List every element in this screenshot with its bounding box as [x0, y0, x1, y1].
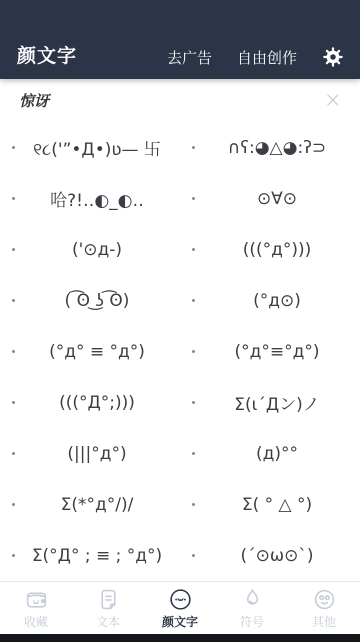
kaomoji-item[interactable]: (°д°≡°д°) — [180, 326, 360, 377]
home-indicator-strip — [0, 634, 360, 642]
free-create-button[interactable]: 自由创作 — [237, 47, 297, 68]
kaomoji-text: Σ(*°д°/)/ — [61, 495, 134, 515]
category-bar: 惊讶 × — [0, 79, 360, 122]
kaomoji-text: Σ(°Д° ; ≡ ; °д°) — [32, 546, 162, 566]
kaomoji-row: (°д° ≡ °д°) (°д°≡°д°) — [0, 326, 360, 377]
kaomoji-item[interactable]: ∩ʕ:◕△◕:ʔ⊃ — [180, 122, 360, 173]
kaomoji-item[interactable]: Σ(°Д° ; ≡ ; °д°) — [0, 530, 180, 581]
purse-icon — [24, 587, 49, 612]
kaomoji-row: (((°Д°;))) Σ(ι´Дン)ノ — [0, 377, 360, 428]
bullet-icon — [12, 350, 15, 353]
kaomoji-item[interactable]: ('⊙д-) — [0, 224, 180, 275]
bullet-icon — [192, 248, 195, 251]
kaomoji-item[interactable]: (°д° ≡ °д°) — [0, 326, 180, 377]
bullet-icon — [192, 554, 195, 557]
kaomoji-item[interactable]: (|||°д°) — [0, 428, 180, 479]
bullet-icon — [192, 350, 195, 353]
kaomoji-row: ୧૮('”•Д•)ʋ— 卐 ∩ʕ:◕△◕:ʔ⊃ — [0, 122, 360, 173]
kaomoji-row: ( ͡ʘ ͜ʖ ͡ʘ) (°д⊙) — [0, 275, 360, 326]
bullet-icon — [12, 146, 15, 149]
kaomoji-item[interactable]: (´⊙ω⊙`) — [180, 530, 360, 581]
category-title: 惊讶 — [19, 90, 324, 111]
remove-ads-button[interactable]: 去广告 — [167, 47, 212, 68]
flame-icon — [240, 587, 265, 612]
bullet-icon — [12, 452, 15, 455]
kaomoji-text: Σ(ι´Дン)ノ — [234, 390, 320, 415]
gear-icon[interactable] — [322, 46, 344, 68]
kaomoji-text: Σ( ° △ °) — [242, 495, 312, 515]
tab-text[interactable]: 文本 — [72, 582, 144, 634]
kaomoji-row: ('⊙д-) (((°д°))) — [0, 224, 360, 275]
bullet-icon — [192, 503, 195, 506]
kaomoji-item[interactable]: Σ(ι´Дン)ノ — [180, 377, 360, 428]
smiley-icon — [312, 587, 337, 612]
kaomoji-row: 哈?!‥◐_◐‥ ⊙∀⊙ — [0, 173, 360, 224]
bullet-icon — [12, 248, 15, 251]
bullet-icon — [192, 146, 195, 149]
bullet-icon — [192, 452, 195, 455]
kaomoji-item[interactable]: 哈?!‥◐_◐‥ — [0, 173, 180, 224]
kaomoji-item[interactable]: ⊙∀⊙ — [180, 173, 360, 224]
kaomoji-text: (((°Д°;))) — [59, 393, 135, 413]
bullet-icon — [192, 299, 195, 302]
close-icon[interactable]: × — [324, 90, 342, 112]
tab-symbols[interactable]: 符号 — [216, 582, 288, 634]
kaomoji-text: (°д⊙) — [253, 291, 301, 311]
app-root: 颜文字 去广告 自由创作 惊讶 × — [0, 0, 360, 642]
kaomoji-text: ୧૮('”•Д•)ʋ— 卐 — [33, 135, 161, 160]
kaomoji-list: ୧૮('”•Д•)ʋ— 卐 ∩ʕ:◕△◕:ʔ⊃ 哈?!‥◐_◐‥ ⊙∀⊙ ('⊙… — [0, 122, 360, 581]
tab-label: 收藏 — [24, 613, 48, 630]
bullet-icon — [192, 401, 195, 404]
kaomoji-text: 哈?!‥◐_◐‥ — [50, 186, 144, 211]
kaomoji-row: (|||°д°) (д)°° — [0, 428, 360, 479]
tab-label: 符号 — [240, 613, 264, 630]
kaomoji-text: (°д°≡°д°) — [234, 342, 319, 362]
kaomoji-text: (|||°д°) — [67, 444, 126, 464]
tab-kaomoji[interactable]: 颜文字 — [144, 582, 216, 634]
kaomoji-item[interactable]: (((°Д°;))) — [0, 377, 180, 428]
kaomoji-text: ⊙∀⊙ — [257, 189, 297, 209]
kaomoji-item[interactable]: ୧૮('”•Д•)ʋ— 卐 — [0, 122, 180, 173]
kaomoji-text: ( ͡ʘ ͜ʖ ͡ʘ) — [65, 291, 130, 311]
app-bar: 颜文字 去广告 自由创作 — [0, 0, 360, 79]
kaomoji-text: (((°д°))) — [243, 240, 312, 260]
tab-others[interactable]: 其他 — [288, 582, 360, 634]
kaomoji-text: (´⊙ω⊙`) — [241, 546, 314, 566]
kaomoji-text: ('⊙д-) — [72, 240, 122, 260]
bullet-icon — [12, 503, 15, 506]
bullet-icon — [12, 554, 15, 557]
kaomoji-text: (д)°° — [256, 444, 298, 464]
kaomoji-item[interactable]: (°д⊙) — [180, 275, 360, 326]
bullet-icon — [12, 299, 15, 302]
kaomoji-row: Σ(*°д°/)/ Σ( ° △ °) — [0, 479, 360, 530]
kaomoji-item[interactable]: Σ(*°д°/)/ — [0, 479, 180, 530]
tab-label: 颜文字 — [162, 613, 198, 630]
kaomoji-text: ∩ʕ:◕△◕:ʔ⊃ — [228, 138, 326, 158]
kaomoji-face-icon — [168, 587, 193, 612]
kaomoji-item[interactable]: ( ͡ʘ ͜ʖ ͡ʘ) — [0, 275, 180, 326]
app-title: 颜文字 — [17, 41, 167, 68]
tab-favorites[interactable]: 收藏 — [0, 582, 72, 634]
kaomoji-row: Σ(°Д° ; ≡ ; °д°) (´⊙ω⊙`) — [0, 530, 360, 581]
kaomoji-text: (°д° ≡ °д°) — [49, 342, 145, 362]
kaomoji-item[interactable]: Σ( ° △ °) — [180, 479, 360, 530]
bullet-icon — [12, 197, 15, 200]
bullet-icon — [192, 197, 195, 200]
tab-label: 其他 — [312, 613, 336, 630]
kaomoji-item[interactable]: (д)°° — [180, 428, 360, 479]
tab-label: 文本 — [96, 613, 120, 630]
bullet-icon — [12, 401, 15, 404]
tab-bar: 收藏 文本 颜文字 符号 — [0, 581, 360, 634]
note-icon — [96, 587, 121, 612]
app-bar-actions: 去广告 自由创作 — [167, 46, 344, 68]
kaomoji-item[interactable]: (((°д°))) — [180, 224, 360, 275]
